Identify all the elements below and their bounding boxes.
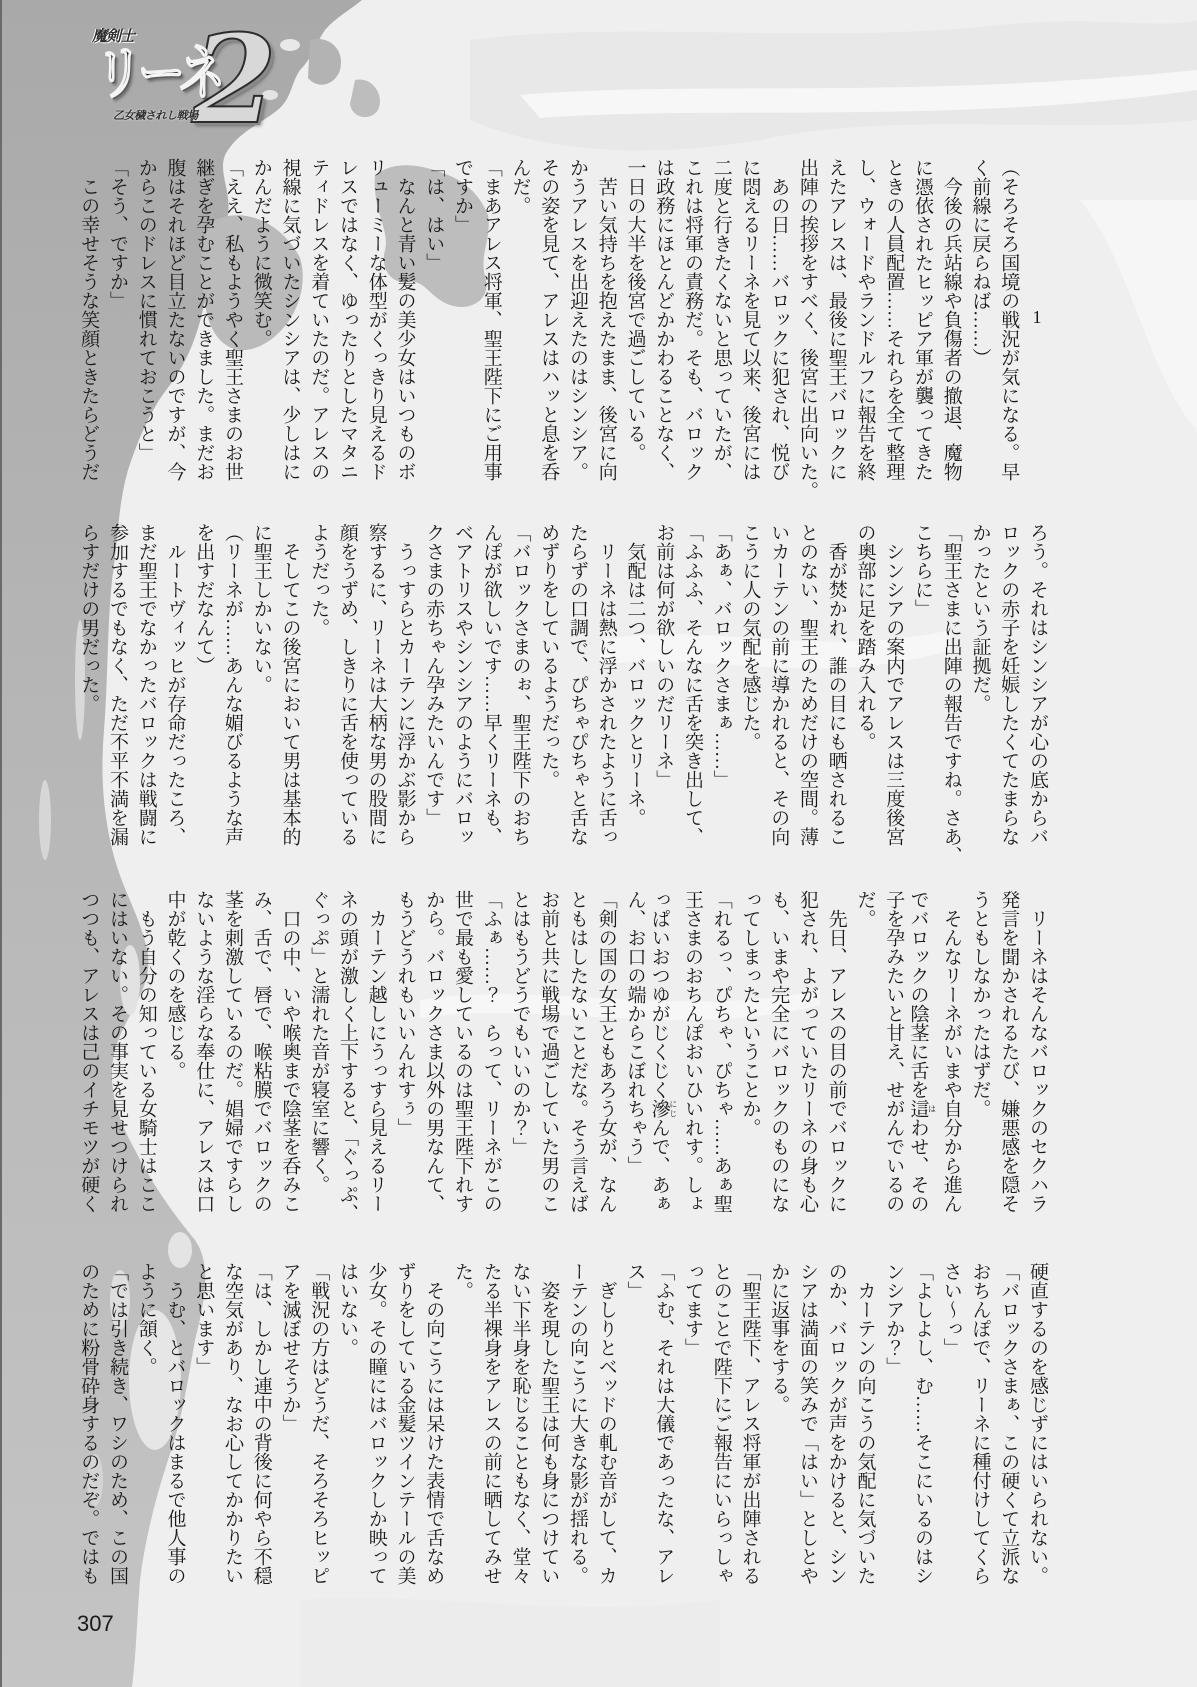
- text-column: シアは満面の笑みで「はい」としとや: [792, 1262, 821, 1592]
- text-column: こちらに」: [907, 523, 936, 853]
- text-column: に憑依されたヒッピア軍が襲ってきた: [907, 158, 936, 488]
- text-column: し、ウォードやランドルフに報告を終: [850, 158, 879, 488]
- text-column: 「聖王陛下、アレス将軍が出陣される: [735, 1262, 764, 1592]
- text-column: お前と共に戦場で過ごしていた男のこ: [534, 890, 563, 1220]
- text-column: ンシアか？」: [879, 1262, 908, 1592]
- text-column: 二度と行きたくないと思っていたが、: [706, 158, 735, 488]
- text-column: いカーテンの前に導かれると、その向: [764, 523, 793, 853]
- text-column: と思います」: [189, 1262, 218, 1592]
- text-column: とのことで陛下にご報告にいらっしゃ: [706, 1262, 735, 1592]
- text-column: これは将軍の責務だ。そも、バロック: [677, 158, 706, 488]
- text-column: もう自分の知っている女騎士はここ: [131, 890, 160, 1220]
- text-column: アを滅ぼせそうか」: [275, 1262, 304, 1592]
- text-column: 「そう、ですか」: [102, 158, 131, 488]
- text-column: とはもうどうでもいいのか？」: [505, 890, 534, 1220]
- text-column: 「は、しかし連中の背後に何やら不穏: [246, 1262, 275, 1592]
- text-column: を出すだなんて）: [189, 523, 218, 853]
- text-column: でバロックの陰茎に舌を這はわせ、その: [907, 890, 936, 1220]
- text-column: 犯され、よがっていたリーネの身も心: [792, 890, 821, 1220]
- text-column: ようだった。: [304, 523, 333, 853]
- text-column: ってます」: [677, 1262, 706, 1592]
- text-column: 参加するでもなく、ただ不平不満を漏: [102, 523, 131, 853]
- text-column: のか、バロックが声をかけると、シン: [821, 1262, 850, 1592]
- text-column: んぽが欲しいです……早くリーネも、: [476, 523, 505, 853]
- text-column: とのない、聖王のためだけの空間。薄: [792, 523, 821, 853]
- text-column: うともしなかったはずだ。: [965, 890, 994, 1220]
- page-number: 307: [77, 1612, 114, 1636]
- text-column: 「ええ、私もようやく聖王さまのお世: [217, 158, 246, 488]
- text-column: から。バロックさま以外の男なんて、: [419, 890, 448, 1220]
- book-logo: 2 魔剣士 リーネ 乙女穢されし戦場: [0, 0, 320, 140]
- text-column: 「ふむ、それは大儀であったな、アレ: [649, 1262, 678, 1592]
- text-column: カーテンの向こうの気配に気づいた: [850, 1262, 879, 1592]
- ruby-annotated-word: 這は: [908, 1099, 929, 1118]
- text-column: シンシアの案内でアレスは三度後宮: [879, 523, 908, 853]
- logo-title-text: リーネ: [95, 44, 221, 104]
- text-column: 「聖王さまに出陣の報告ですね。さあ、: [936, 523, 965, 853]
- text-column: つつも、アレスは己のイチモツが硬く: [74, 890, 103, 1220]
- text-column: さい～っ」: [936, 1262, 965, 1592]
- text-column: 「ふふふ、そんなに舌を突き出して、: [677, 523, 706, 853]
- text-column: からこのドレスに慣れておこうと」: [131, 158, 160, 488]
- text-column: 発言を聞かされるたび、嫌悪感を隠そ: [994, 890, 1023, 1220]
- text-column: めずりをしているようだった。: [534, 523, 563, 853]
- text-column: ように頷く。: [131, 1262, 160, 1592]
- text-column: ん、お口の端からこぼれちゃう」: [620, 890, 649, 1220]
- text-column: 姿を現した聖王は何も身につけてい: [534, 1262, 563, 1592]
- text-column: 出陣の挨拶をすべく、後宮に出向いた。: [792, 158, 821, 488]
- text-column: なんと青い髪の美少女はいつものボ: [390, 158, 419, 488]
- text-column: レスではなく、ゆったりとしたマタニ: [332, 158, 361, 488]
- text-column: まだ聖王でなかったバロックは戦闘に: [131, 523, 160, 853]
- text-column: かんだように微笑む。: [246, 158, 275, 488]
- text-column: 察するに、リーネは大柄な男の股間に: [361, 523, 390, 853]
- text-column: に聖王しかいない。: [246, 523, 275, 853]
- text-column: 腹はそれほど目立たないのですが、今: [160, 158, 189, 488]
- text-column: かうアレスを出迎えたのはシンシア。: [562, 158, 591, 488]
- text-column: もうどうれもいいんれすぅ」: [390, 890, 419, 1220]
- text-column: 「バロックさまのぉ、聖王陛下のおち: [505, 523, 534, 853]
- ruby-reading: にじ: [669, 1099, 678, 1118]
- text-column: み、舌で、唇で、喉粘膜でバロックの: [246, 890, 275, 1220]
- text-column: にはいない。その事実を見せつけられ: [102, 890, 131, 1220]
- text-column: （そろそろ国境の戦況が気になる。早: [994, 158, 1023, 488]
- text-column: おちんぽで、リーネに種付けしてくら: [965, 1262, 994, 1592]
- text-column: その姿を見て、アレスはハッと息を呑: [534, 158, 563, 488]
- text-column: 「あぁ、バロックさまぁ……」: [706, 523, 735, 853]
- text-column: 「では引き続き、ワシのため、この国: [102, 1262, 131, 1592]
- text-column: 「バロックさまぁ、この硬くて立派な: [994, 1262, 1023, 1592]
- text-column: 今後の兵站線や負傷者の撤退、魔物: [936, 158, 965, 488]
- text-column: うっすらとカーテンに浮かぶ影から: [390, 523, 419, 853]
- text-column: うむ、とバロックはまるで他人事の: [160, 1262, 189, 1592]
- text-column: く前線に戻らねば……）: [965, 158, 994, 488]
- text-column: ないような淫らな奉仕に、アレスは口: [189, 890, 218, 1220]
- ruby-base: 這: [908, 1099, 929, 1118]
- text-column: （リーネが……あんな媚びるような声: [217, 523, 246, 853]
- text-column: ーテンの向こうに大きな影が揺れる。: [562, 1262, 591, 1592]
- text-column: も、いまや完全にバロックのものにな: [764, 890, 793, 1220]
- text-column: ベアトリスやシンシアのようにバロッ: [447, 523, 476, 853]
- chapter-number: 1: [1022, 158, 1051, 488]
- text-column: 「戦況の方はどうだ、そろそろヒッピ: [304, 1262, 333, 1592]
- text-column: クさまの赤ちゃん孕みたいんです」: [419, 523, 448, 853]
- text-column: あの日……バロックに犯され、悦び: [764, 158, 793, 488]
- text-column: ずりをしている金髪ツインテールの美: [390, 1262, 419, 1592]
- text-column: た。: [447, 1262, 476, 1592]
- text-column: ろう。それはシンシアが心の底からバ: [1022, 523, 1051, 853]
- text-column: カーテン越しにうっすら見えるリー: [361, 890, 390, 1220]
- text-segment: んで、あぁ: [649, 1118, 670, 1213]
- ruby-reading: は: [928, 1099, 937, 1118]
- text-segment: わせ、その: [908, 1118, 929, 1213]
- text-band-4: 硬直するのを感じずにはいられない。 「バロックさまぁ、この硬くて立派な おちんぽ…: [71, 1262, 1051, 1592]
- text-column: ってしまったということか。: [735, 890, 764, 1220]
- text-column: 継ぎを孕むことができました。まだお: [189, 158, 218, 488]
- text-column: リーネは熱に浮かされたように舌っ: [591, 523, 620, 853]
- text-column: 口の中、いや喉奥まで陰茎を呑みこ: [275, 890, 304, 1220]
- text-band-2: ろう。それはシンシアが心の底からバ ロックの赤子を妊娠したくてたまらな かったと…: [71, 523, 1051, 853]
- text-column: 「まあアレス将軍、聖王陛下にご用事: [476, 158, 505, 488]
- text-column: リューミーな体型がくっきり見えるド: [361, 158, 390, 488]
- text-column: 先日、アレスの目の前でバロックに: [821, 890, 850, 1220]
- text-column: ぎしりとベッドの軋む音がして、カ: [591, 1262, 620, 1592]
- text-column: たる半裸身をアレスの前に晒してみせ: [476, 1262, 505, 1592]
- text-column: ない下半身を恥じることもなく、堂々: [505, 1262, 534, 1592]
- text-column: ときの人員配置……それらを全て整理: [879, 158, 908, 488]
- text-column: ロックの赤子を妊娠したくてたまらな: [994, 523, 1023, 853]
- text-column: ス」: [620, 1262, 649, 1592]
- text-column: 視線に気づいたシンシアは、少しはに: [275, 158, 304, 488]
- ruby-annotated-word: 滲にじ: [649, 1099, 670, 1118]
- text-column: お前は何が欲しいのだリーネ」: [649, 523, 678, 853]
- text-column: えたアレスは、最後に聖王バロックに: [821, 158, 850, 488]
- text-column: リーネはそんなバロックのセクハラ: [1022, 890, 1051, 1220]
- text-column: かに返事をする。: [764, 1262, 793, 1592]
- text-column: 王さまのおちんぽおいひいれす。しょ: [677, 890, 706, 1220]
- text-column: かったという証拠だ。: [965, 523, 994, 853]
- text-column: 少女。その瞳にはバロックしか映って: [361, 1262, 390, 1592]
- text-column: に悶えるリーネを見て以来、後宮には: [735, 158, 764, 488]
- text-band-1: 1 （そろそろ国境の戦況が気になる。早 く前線に戻らねば……） 今後の兵站線や負…: [71, 158, 1051, 488]
- text-column: 「よしよし、む……そこにいるのはシ: [907, 1262, 936, 1592]
- text-column: 中が乾くのを感じる。: [160, 890, 189, 1220]
- text-column: 「は、はい」: [419, 158, 448, 488]
- text-column: らすだけの男だった。: [74, 523, 103, 853]
- text-column: 茎を刺激しているのだ。娼婦ですらし: [217, 890, 246, 1220]
- ruby-base: 滲: [649, 1099, 670, 1118]
- text-column: ルートヴィッヒが存命だったころ、: [160, 523, 189, 853]
- text-column: 気配は二つ、バロックとリーネ。: [620, 523, 649, 853]
- text-column: ですか」: [447, 158, 476, 488]
- book-page: 2 魔剣士 リーネ 乙女穢されし戦場 1 （そろそろ国境の戦況が気になる。早 く…: [0, 0, 1197, 1687]
- text-column: ともはしたないことだな。そう言えば: [562, 890, 591, 1220]
- text-column: 「れるっ、ぴちゃ、ぴちゃ……あぁ聖: [706, 890, 735, 1220]
- text-column: そしてこの後宮において男は基本的: [275, 523, 304, 853]
- text-column: 「ふぁ……？ らって、リーネがこの: [476, 890, 505, 1220]
- logo-subtitle: 乙女穢されし戦場: [113, 109, 198, 123]
- text-column: そんなリーネがいまや自分から進ん: [936, 890, 965, 1220]
- text-band-3: リーネはそんなバロックのセクハラ 発言を聞かされるたび、嫌悪感を隠そ うともしな…: [71, 890, 1051, 1220]
- text-column: 世で最も愛しているのは聖王陛下れす: [447, 890, 476, 1220]
- text-column: ティドレスを着ていたのだ。アレスの: [304, 158, 333, 488]
- text-column: んだ。: [505, 158, 534, 488]
- text-column: こうに人の気配を感じた。: [735, 523, 764, 853]
- text-column: な空気があり、なお心してかかりたい: [217, 1262, 246, 1592]
- text-column: っぱいおつゆがじくじく滲にじんで、あぁ: [649, 890, 678, 1220]
- text-column: 顔をうずめ、しきりに舌を使っている: [332, 523, 361, 853]
- text-column: ネの頭が激しく上下すると、「ぐっぷ、: [332, 890, 361, 1220]
- text-column: 「剣の国の女王ともあろう女が、なん: [591, 890, 620, 1220]
- text-segment: でバロックの陰茎に舌を: [908, 890, 929, 1099]
- text-column: その向こうには呆けた表情で舌なめ: [419, 1262, 448, 1592]
- text-column: は政務にほとんどかかわることなく、: [649, 158, 678, 488]
- text-column: 子を孕みたいと甘え、せがんでいるの: [879, 890, 908, 1220]
- text-column: たらずの口調で、ぴちゃぴちゃと舌な: [562, 523, 591, 853]
- text-column: のために粉骨砕身するのだぞ。ではも: [74, 1262, 103, 1592]
- text-column: はいない。: [332, 1262, 361, 1592]
- text-column: 硬直するのを感じずにはいられない。: [1022, 1262, 1051, 1592]
- text-column: 香が焚かれ、誰の目にも晒されるこ: [821, 523, 850, 853]
- text-column: 苦い気持ちを抱えたまま、後宮に向: [591, 158, 620, 488]
- text-column: だ。: [850, 890, 879, 1220]
- text-column: の奥部に足を踏み入れる。: [850, 523, 879, 853]
- text-column: ぐっぷ」と濡れた音が寝室に響く。: [304, 890, 333, 1220]
- text-column: 一日の大半を後宮で過ごしている。: [620, 158, 649, 488]
- text-segment: っぱいおつゆがじくじく: [649, 890, 670, 1099]
- text-column: この幸せそうな笑顔ときたらどうだ: [74, 158, 103, 488]
